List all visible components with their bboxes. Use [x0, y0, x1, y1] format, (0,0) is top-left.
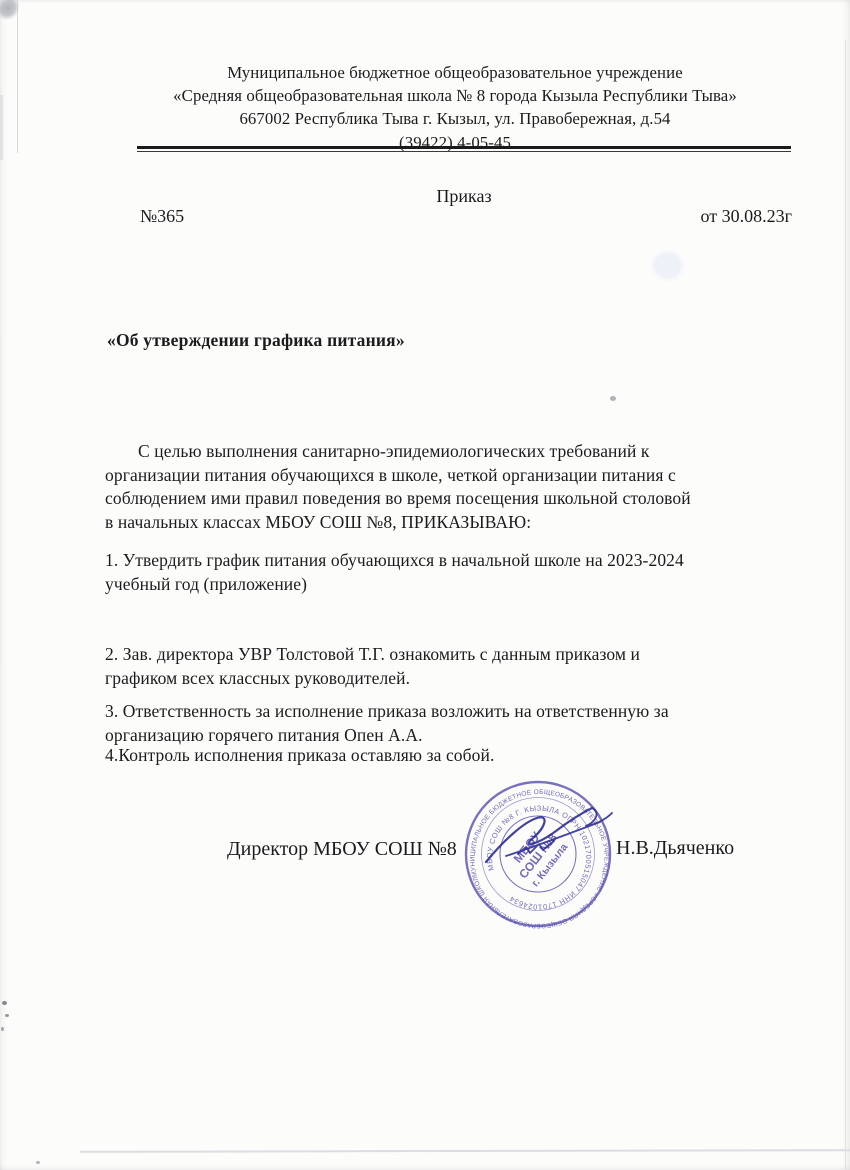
preamble-paragraph: С целью выполнения санитарно-эпидемиолог… — [105, 440, 805, 534]
scan-edge-streak — [1, 340, 2, 660]
order-item-line: 3. Ответственность за исполнение приказа… — [105, 700, 815, 724]
document-type-title: Приказ — [137, 186, 791, 207]
order-item-1: 1. Утвердить график питания обучающихся … — [105, 549, 815, 596]
order-item-line: учебный год (приложение) — [105, 573, 815, 597]
scan-vertical-line — [17, 0, 18, 153]
preamble-line: соблюдением ими правил поведения во врем… — [105, 487, 805, 511]
letterhead-org-type: Муниципальное бюджетное общеобразователь… — [120, 61, 790, 84]
order-item-line: 4.Контроль исполнения приказа оставляю з… — [105, 744, 815, 768]
letterhead-address: 667002 Республика Тыва г. Кызыл, ул. Пра… — [120, 107, 790, 130]
scan-edge-streak — [0, 95, 3, 160]
order-item-line: 1. Утвердить график питания обучающихся … — [105, 549, 815, 573]
scan-speck — [5, 1014, 9, 1017]
order-item-line: 2. Зав. директора УВР Толстовой Т.Г. озн… — [105, 643, 815, 667]
preamble-line: в начальных классах МБОУ СОШ №8, ПРИКАЗЫ… — [105, 511, 805, 535]
scan-page-edge — [845, 40, 846, 1170]
scan-corner-smudge — [0, 0, 30, 31]
order-item-2: 2. Зав. директора УВР Толстовой Т.Г. озн… — [105, 643, 815, 690]
order-item-3: 3. Ответственность за исполнение приказа… — [105, 700, 815, 747]
signer-position: Директор МБОУ СОШ №8 — [227, 838, 457, 861]
order-subject: «Об утверждении графика питания» — [107, 330, 405, 351]
preamble-line: С целью выполнения санитарно-эпидемиолог… — [138, 440, 805, 464]
scanned-order-document: Муниципальное бюджетное общеобразователь… — [0, 0, 850, 1170]
letterhead-divider-thin — [137, 151, 791, 152]
order-number-date-row: №365 от 30.08.23г — [140, 206, 792, 227]
official-stamp: МУНИЦИПАЛЬНОЕ БЮДЖЕТНОЕ ОБЩЕОБРАЗОВАТЕЛЬ… — [448, 766, 638, 952]
letterhead-divider-thick — [137, 146, 791, 149]
scan-speck — [610, 396, 616, 401]
order-number: №365 — [140, 206, 184, 227]
letterhead-school-name: «Средняя общеобразовательная школа № 8 г… — [120, 84, 790, 107]
scan-speck — [36, 1161, 40, 1164]
order-date: от 30.08.23г — [700, 206, 792, 227]
scan-speck — [1, 1027, 4, 1031]
order-item-4: 4.Контроль исполнения приказа оставляю з… — [105, 744, 815, 768]
letterhead: Муниципальное бюджетное общеобразователь… — [120, 61, 790, 154]
scan-fold-line — [80, 1149, 850, 1153]
scan-smudge-circle — [654, 253, 681, 278]
preamble-line: организации питания обучающихся в школе,… — [105, 464, 805, 488]
order-item-line: графиком всех классных руководителей. — [105, 667, 815, 691]
scan-speck — [2, 1001, 7, 1005]
